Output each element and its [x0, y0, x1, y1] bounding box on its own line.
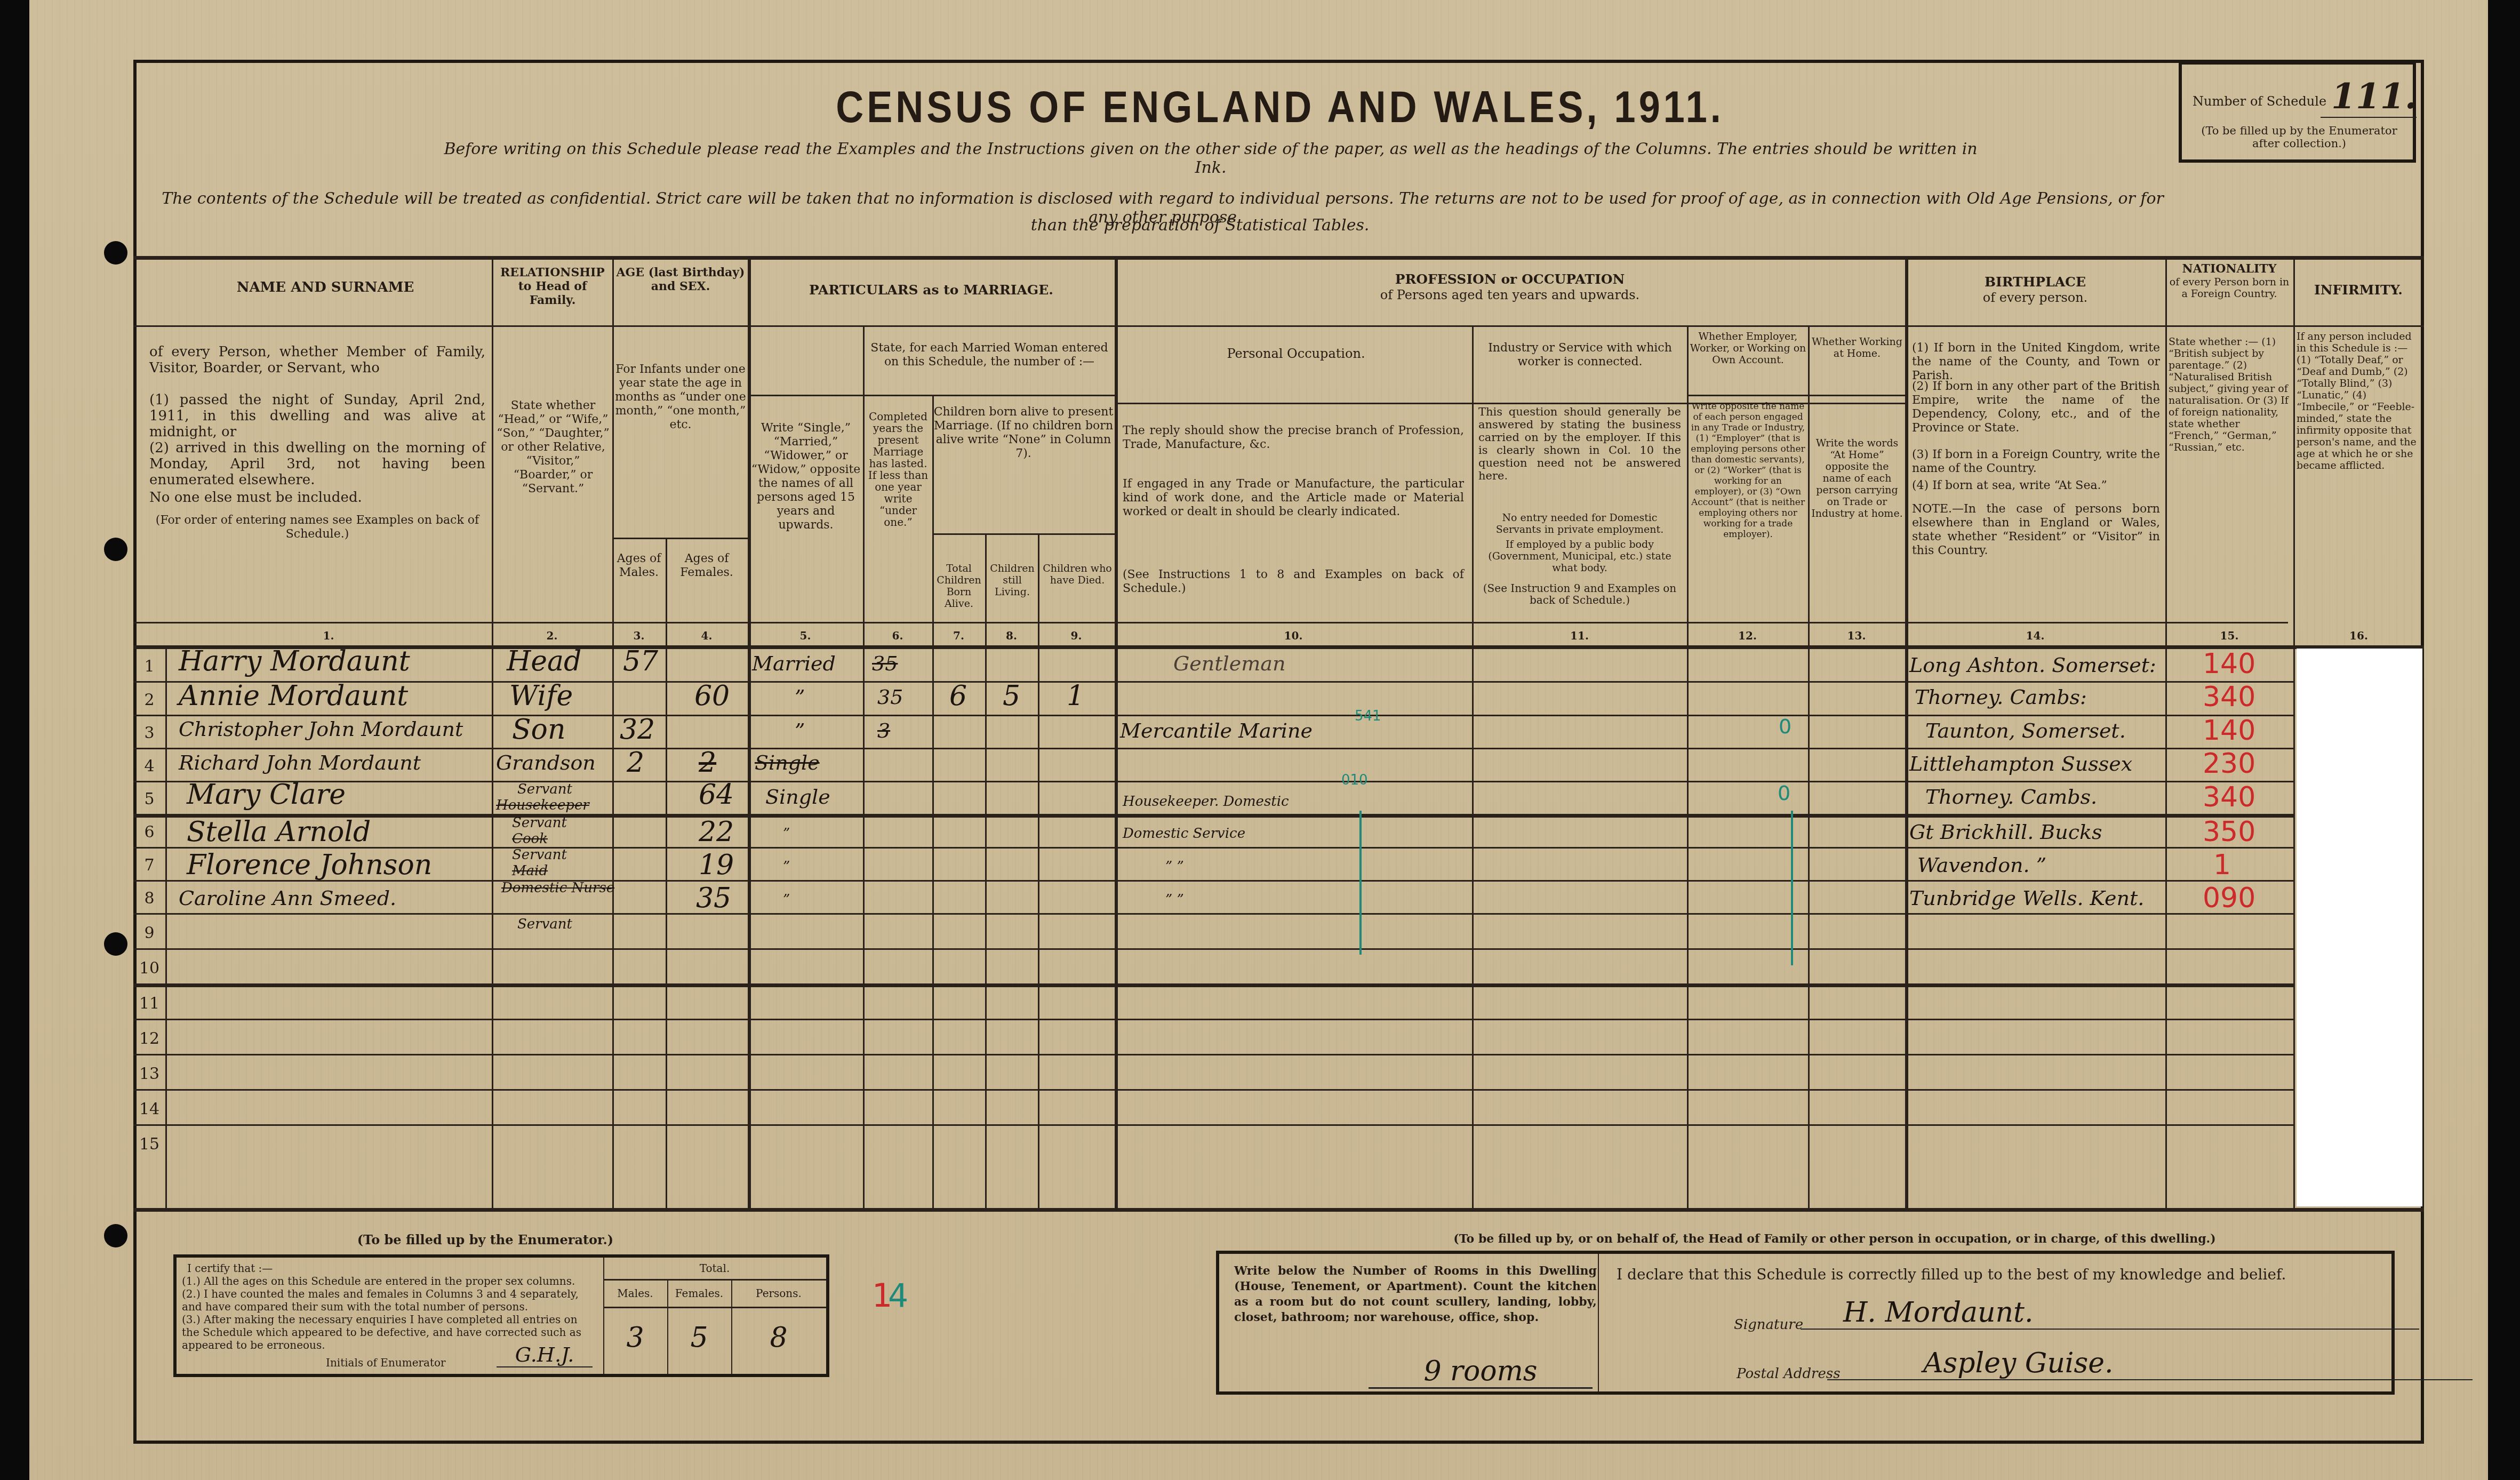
name-item-2: (2) arrived in this dwelling on the morn…: [149, 440, 485, 488]
heading-marriage: PARTICULARS as to MARRIAGE.: [748, 283, 1115, 298]
row-number: 1: [136, 657, 163, 676]
occupation-industry-instructions-3: If employed by a public body (Government…: [1478, 539, 1681, 574]
marriage-children-header: Children born alive to present Marriage.…: [933, 405, 1114, 461]
marriage-years: Completed years the present Marriage has…: [865, 411, 931, 528]
person-relationship: Son: [512, 714, 565, 746]
person-condition: Married: [752, 652, 836, 675]
person-relationship-struck: Housekeeper: [496, 797, 589, 813]
postal-address-label: Postal Address: [1737, 1366, 1841, 1382]
heading-occupation: PROFESSION or OCCUPATION: [1115, 272, 1905, 287]
person-birthplace: Long Ashton. Somerset:: [1909, 653, 2156, 677]
person-relationship: Head: [507, 645, 581, 677]
age-instructions: For Infants under one year state the age…: [614, 363, 747, 432]
age-females-label: Ages of Females.: [667, 552, 747, 580]
enumerator-initials: G.H.J.: [497, 1343, 593, 1367]
enumerator-item-2: (2.) I have counted the males and female…: [182, 1287, 598, 1313]
occupation-industry-instructions-1: This question should generally be answer…: [1478, 405, 1681, 482]
total-males: 3: [603, 1322, 667, 1354]
person-birthplace: Thorney. Cambs.: [1925, 785, 2097, 809]
page-title: CENSUS OF ENGLAND AND WALES, 1911.: [800, 82, 1760, 132]
number-of-rooms: 9 rooms: [1369, 1355, 1593, 1389]
row-number: 6: [136, 823, 163, 842]
row-number: 7: [136, 856, 163, 875]
row-number: 9: [136, 924, 163, 942]
occupation-subheading: of Persons aged ten years and upwards.: [1115, 288, 1905, 302]
birthplace-code: 140: [2203, 648, 2255, 680]
row-number: 11: [136, 994, 163, 1013]
person-age-female: 64: [699, 779, 734, 811]
marriage-still-living: Children still Living.: [987, 563, 1038, 598]
row-number: 12: [136, 1029, 163, 1048]
enumerator-certify: I certify that :—: [187, 1262, 273, 1275]
employer-code: 0: [1778, 781, 1790, 805]
birthplace-item-4: (4) If born at sea, write “At Sea.”: [1912, 479, 2160, 493]
females-label: Females.: [667, 1287, 731, 1300]
person-birthplace: Thorney. Cambs:: [1915, 685, 2087, 709]
column-number: 4.: [666, 629, 748, 642]
row-number: 8: [136, 889, 163, 908]
name-instructions: of every Person, whether Member of Famil…: [149, 344, 485, 376]
birthplace-item-3: (3) If born in a Foreign Country, write …: [1912, 448, 2160, 476]
column-number: 12.: [1687, 629, 1808, 642]
column-number: 13.: [1808, 629, 1905, 642]
name-note: No one else must be included.: [149, 491, 485, 505]
occupation-employer-instructions: Write opposite the name of each person e…: [1689, 401, 1807, 540]
relationship-instructions: State whether “Head,” or “Wife,” “Son,” …: [496, 399, 610, 496]
person-relationship: Servant: [517, 781, 572, 797]
person-condition: ”: [783, 892, 790, 908]
employer-code: 0: [1779, 715, 1791, 738]
person-age-female: 22: [699, 816, 734, 848]
person-age-male: 2: [627, 747, 644, 779]
person-name: Stella Arnold: [187, 816, 371, 848]
enumerator-section-title: (To be filled up by the Enumerator.): [299, 1232, 672, 1247]
person-name: Annie Mordaunt: [179, 680, 408, 712]
row-number: 5: [136, 790, 163, 809]
heading-nationality: NATIONALITY: [2166, 262, 2292, 275]
persons-label: Persons.: [731, 1287, 826, 1300]
heading-relationship: RELATIONSHIP to Head of Family.: [494, 266, 611, 307]
person-relationship: Wife: [509, 680, 573, 712]
column-number: 15.: [2165, 629, 2293, 642]
occupation-industry-instructions-2: No entry needed for Domestic Servants in…: [1478, 512, 1681, 535]
birthplace-code: 090: [2203, 882, 2255, 914]
birthplace-note: NOTE.—In the case of persons born elsewh…: [1912, 502, 2160, 558]
birthplace-subheading: of every person.: [1905, 291, 2165, 305]
children-died: 1: [1067, 680, 1084, 712]
marriage-total-born: Total Children Born Alive.: [933, 563, 985, 610]
row-number: 4: [136, 757, 163, 775]
column-number: 9.: [1038, 629, 1115, 642]
column-number: 6.: [863, 629, 932, 642]
heading-age: AGE (last Birthday) and SEX.: [614, 266, 747, 293]
row-number: 15: [136, 1135, 163, 1154]
person-name: Florence Johnson: [187, 849, 432, 881]
confidential-line-2: than the preparation of Statistical Tabl…: [853, 216, 1547, 235]
column-number: 2.: [492, 629, 612, 642]
birthplace-code: 230: [2203, 748, 2255, 780]
males-label: Males.: [603, 1287, 667, 1300]
name-order: (For order of entering names see Example…: [149, 514, 485, 541]
total-label: Total.: [603, 1262, 826, 1275]
heading-infirmity: INFIRMITY.: [2294, 283, 2422, 298]
occupation-home-instructions: Write the words “At Home” opposite the n…: [1810, 437, 1904, 519]
person-relationship: Servant: [517, 916, 572, 932]
person-occupation: Housekeeper. Domestic: [1123, 794, 1289, 810]
person-years-married: 3: [877, 719, 890, 742]
column-number: 11.: [1472, 629, 1687, 642]
birthplace-code: 140: [2203, 715, 2255, 747]
occupation-personal-instructions-1: The reply should show the precise branch…: [1123, 424, 1464, 452]
person-occupation: ” ”: [1165, 859, 1184, 875]
person-condition-struck: Single: [755, 751, 820, 774]
person-condition: ”: [795, 719, 805, 742]
total-persons: 8: [731, 1322, 826, 1354]
signature-label: Signature: [1734, 1317, 1803, 1333]
teal-ditto-line: [1791, 811, 1793, 965]
person-relationship: Grandson: [496, 751, 596, 774]
person-relationship-struck: Domestic Nurse: [501, 880, 614, 896]
occupation-industry-label: Industry or Service with which worker is…: [1477, 341, 1683, 369]
occupation-code: 541: [1355, 708, 1381, 724]
birthplace-code: 1: [2213, 849, 2231, 881]
name-item-1: (1) passed the night of Sunday, April 2n…: [149, 392, 485, 440]
person-birthplace: Littlehampton Sussex: [1909, 752, 2132, 775]
schedule-number-box: Number of Schedule 111. (To be filled up…: [2179, 61, 2416, 163]
column-number: 10.: [1115, 629, 1472, 642]
heading-name: NAME AND SURNAME: [165, 280, 485, 295]
person-name: Harry Mordaunt: [179, 645, 410, 677]
declaration: I declare that this Schedule is correctl…: [1617, 1266, 2385, 1283]
occupation-industry-instructions-4: (See Instruction 9 and Examples on back …: [1478, 582, 1681, 606]
person-age-female-struck: 2: [699, 747, 716, 779]
children-living: 5: [1003, 680, 1020, 712]
census-table: NAME AND SURNAME of every Person, whethe…: [133, 256, 2424, 1216]
enumerator-item-1: (1.) All the ages on this Schedule are e…: [182, 1275, 598, 1287]
occupation-personal-instructions-2: If engaged in any Trade or Manufacture, …: [1123, 477, 1464, 519]
infirmity-instructions: If any person included in this Schedule …: [2297, 331, 2420, 471]
row-number: 3: [136, 724, 163, 742]
person-years-married: 35: [877, 685, 903, 709]
birthplace-code: 340: [2203, 681, 2255, 713]
margin-mark-teal: 4: [888, 1277, 908, 1315]
person-name: Caroline Ann Smeed.: [179, 886, 396, 910]
person-birthplace: Tunbridge Wells. Kent.: [1909, 886, 2144, 910]
person-name: Mary Clare: [187, 779, 346, 811]
person-relationship-struck: Cook: [512, 831, 548, 847]
occupation-home-label: Whether Working at Home.: [1810, 336, 1904, 359]
occupation-employer-label: Whether Employer, Worker, or Working on …: [1689, 331, 1807, 366]
person-age-male: 57: [623, 645, 658, 677]
signature: H. Mordaunt.: [1801, 1297, 2419, 1330]
enumerator-certificate-box: I certify that :— (1.) All the ages on t…: [173, 1254, 829, 1377]
person-age-female: 35: [696, 882, 731, 914]
row-number: 14: [136, 1100, 163, 1118]
nationality-subheading: of every Person born in a Foreign Countr…: [2166, 276, 2292, 300]
punch-hole: [104, 1224, 127, 1247]
head-of-family-section-title: (To be filled up by, or on behalf of, th…: [1291, 1232, 2379, 1246]
teal-ditto-line: [1359, 811, 1362, 955]
row-number: 2: [136, 691, 163, 709]
head-of-family-box: Write below the Number of Rooms in this …: [1216, 1251, 2395, 1395]
schedule-number-note: (To be filled up by the Enumerator after…: [2187, 124, 2411, 150]
punch-hole: [104, 932, 127, 956]
person-relationship-struck: Maid: [512, 863, 548, 879]
row-number: 13: [136, 1065, 163, 1083]
occupation-personal-instructions-3: (See Instructions 1 to 8 and Examples on…: [1123, 568, 1464, 596]
rooms-instructions: Write below the Number of Rooms in this …: [1234, 1263, 1597, 1325]
birthplace-code: 340: [2203, 781, 2255, 813]
person-occupation: Domestic Service: [1123, 826, 1245, 842]
column-number: 3.: [612, 629, 666, 642]
column-number: 1.: [165, 629, 492, 642]
person-age-male: 32: [620, 714, 655, 746]
column-number: 14.: [1905, 629, 2165, 642]
person-relationship: Servant: [512, 847, 567, 863]
person-name: Christopher John Mordaunt: [179, 717, 463, 741]
person-condition: Single: [765, 785, 830, 809]
person-relationship: Servant: [512, 815, 567, 831]
nationality-instructions: State whether :— (1) “British subject by…: [2169, 336, 2290, 453]
person-condition: ”: [795, 685, 805, 709]
birthplace-code: 350: [2203, 816, 2255, 848]
person-occupation: Mercantile Marine: [1120, 719, 1313, 742]
person-birthplace: Taunton, Somerset.: [1925, 719, 2126, 742]
person-occupation: Gentleman: [1173, 652, 1285, 675]
marriage-died: Children who have Died.: [1040, 563, 1115, 586]
marriage-married-woman: State, for each Married Woman entered on…: [865, 341, 1114, 369]
marriage-condition-instructions: Write “Single,” “Married,” “Widower,” or…: [750, 421, 862, 532]
column-number: 16.: [2293, 629, 2424, 642]
person-years-married: 35: [872, 652, 898, 675]
heading-birthplace: BIRTHPLACE: [1905, 275, 2165, 290]
column-number: 5.: [748, 629, 863, 642]
row-number: 10: [136, 959, 163, 978]
punch-hole: [104, 241, 127, 265]
punch-hole: [104, 538, 127, 561]
column-number: 8.: [985, 629, 1038, 642]
column-number: 7.: [932, 629, 985, 642]
person-birthplace: Wavendon. ”: [1917, 853, 2046, 877]
person-name: Richard John Mordaunt: [179, 751, 421, 774]
occupation-personal-label: Personal Occupation.: [1120, 347, 1472, 361]
person-age-female: 60: [694, 680, 730, 712]
person-condition: ”: [783, 859, 790, 875]
children-born-alive: 6: [949, 680, 967, 712]
instruction-line: Before writing on this Schedule please r…: [437, 140, 1984, 177]
person-occupation: ” ”: [1165, 892, 1184, 908]
person-condition: ”: [783, 826, 790, 842]
schedule-number-label: Number of Schedule: [2193, 94, 2326, 109]
person-birthplace: Gt Brickhill. Bucks: [1909, 820, 2102, 844]
initials-label: Initials of Enumerator: [326, 1356, 446, 1369]
postal-address: Aspley Guise.: [1827, 1347, 2473, 1380]
age-males-label: Ages of Males.: [613, 552, 665, 580]
occupation-code: 010: [1341, 772, 1368, 788]
birthplace-item-1: (1) If born in the United Kingdom, write…: [1912, 341, 2160, 383]
schedule-number: 111.: [2321, 75, 2417, 118]
total-females: 5: [667, 1322, 731, 1354]
redacted-infirmity-column: [2297, 649, 2422, 1206]
person-age-female: 19: [699, 849, 734, 881]
birthplace-item-2: (2) If born in any other part of the Bri…: [1912, 380, 2160, 435]
